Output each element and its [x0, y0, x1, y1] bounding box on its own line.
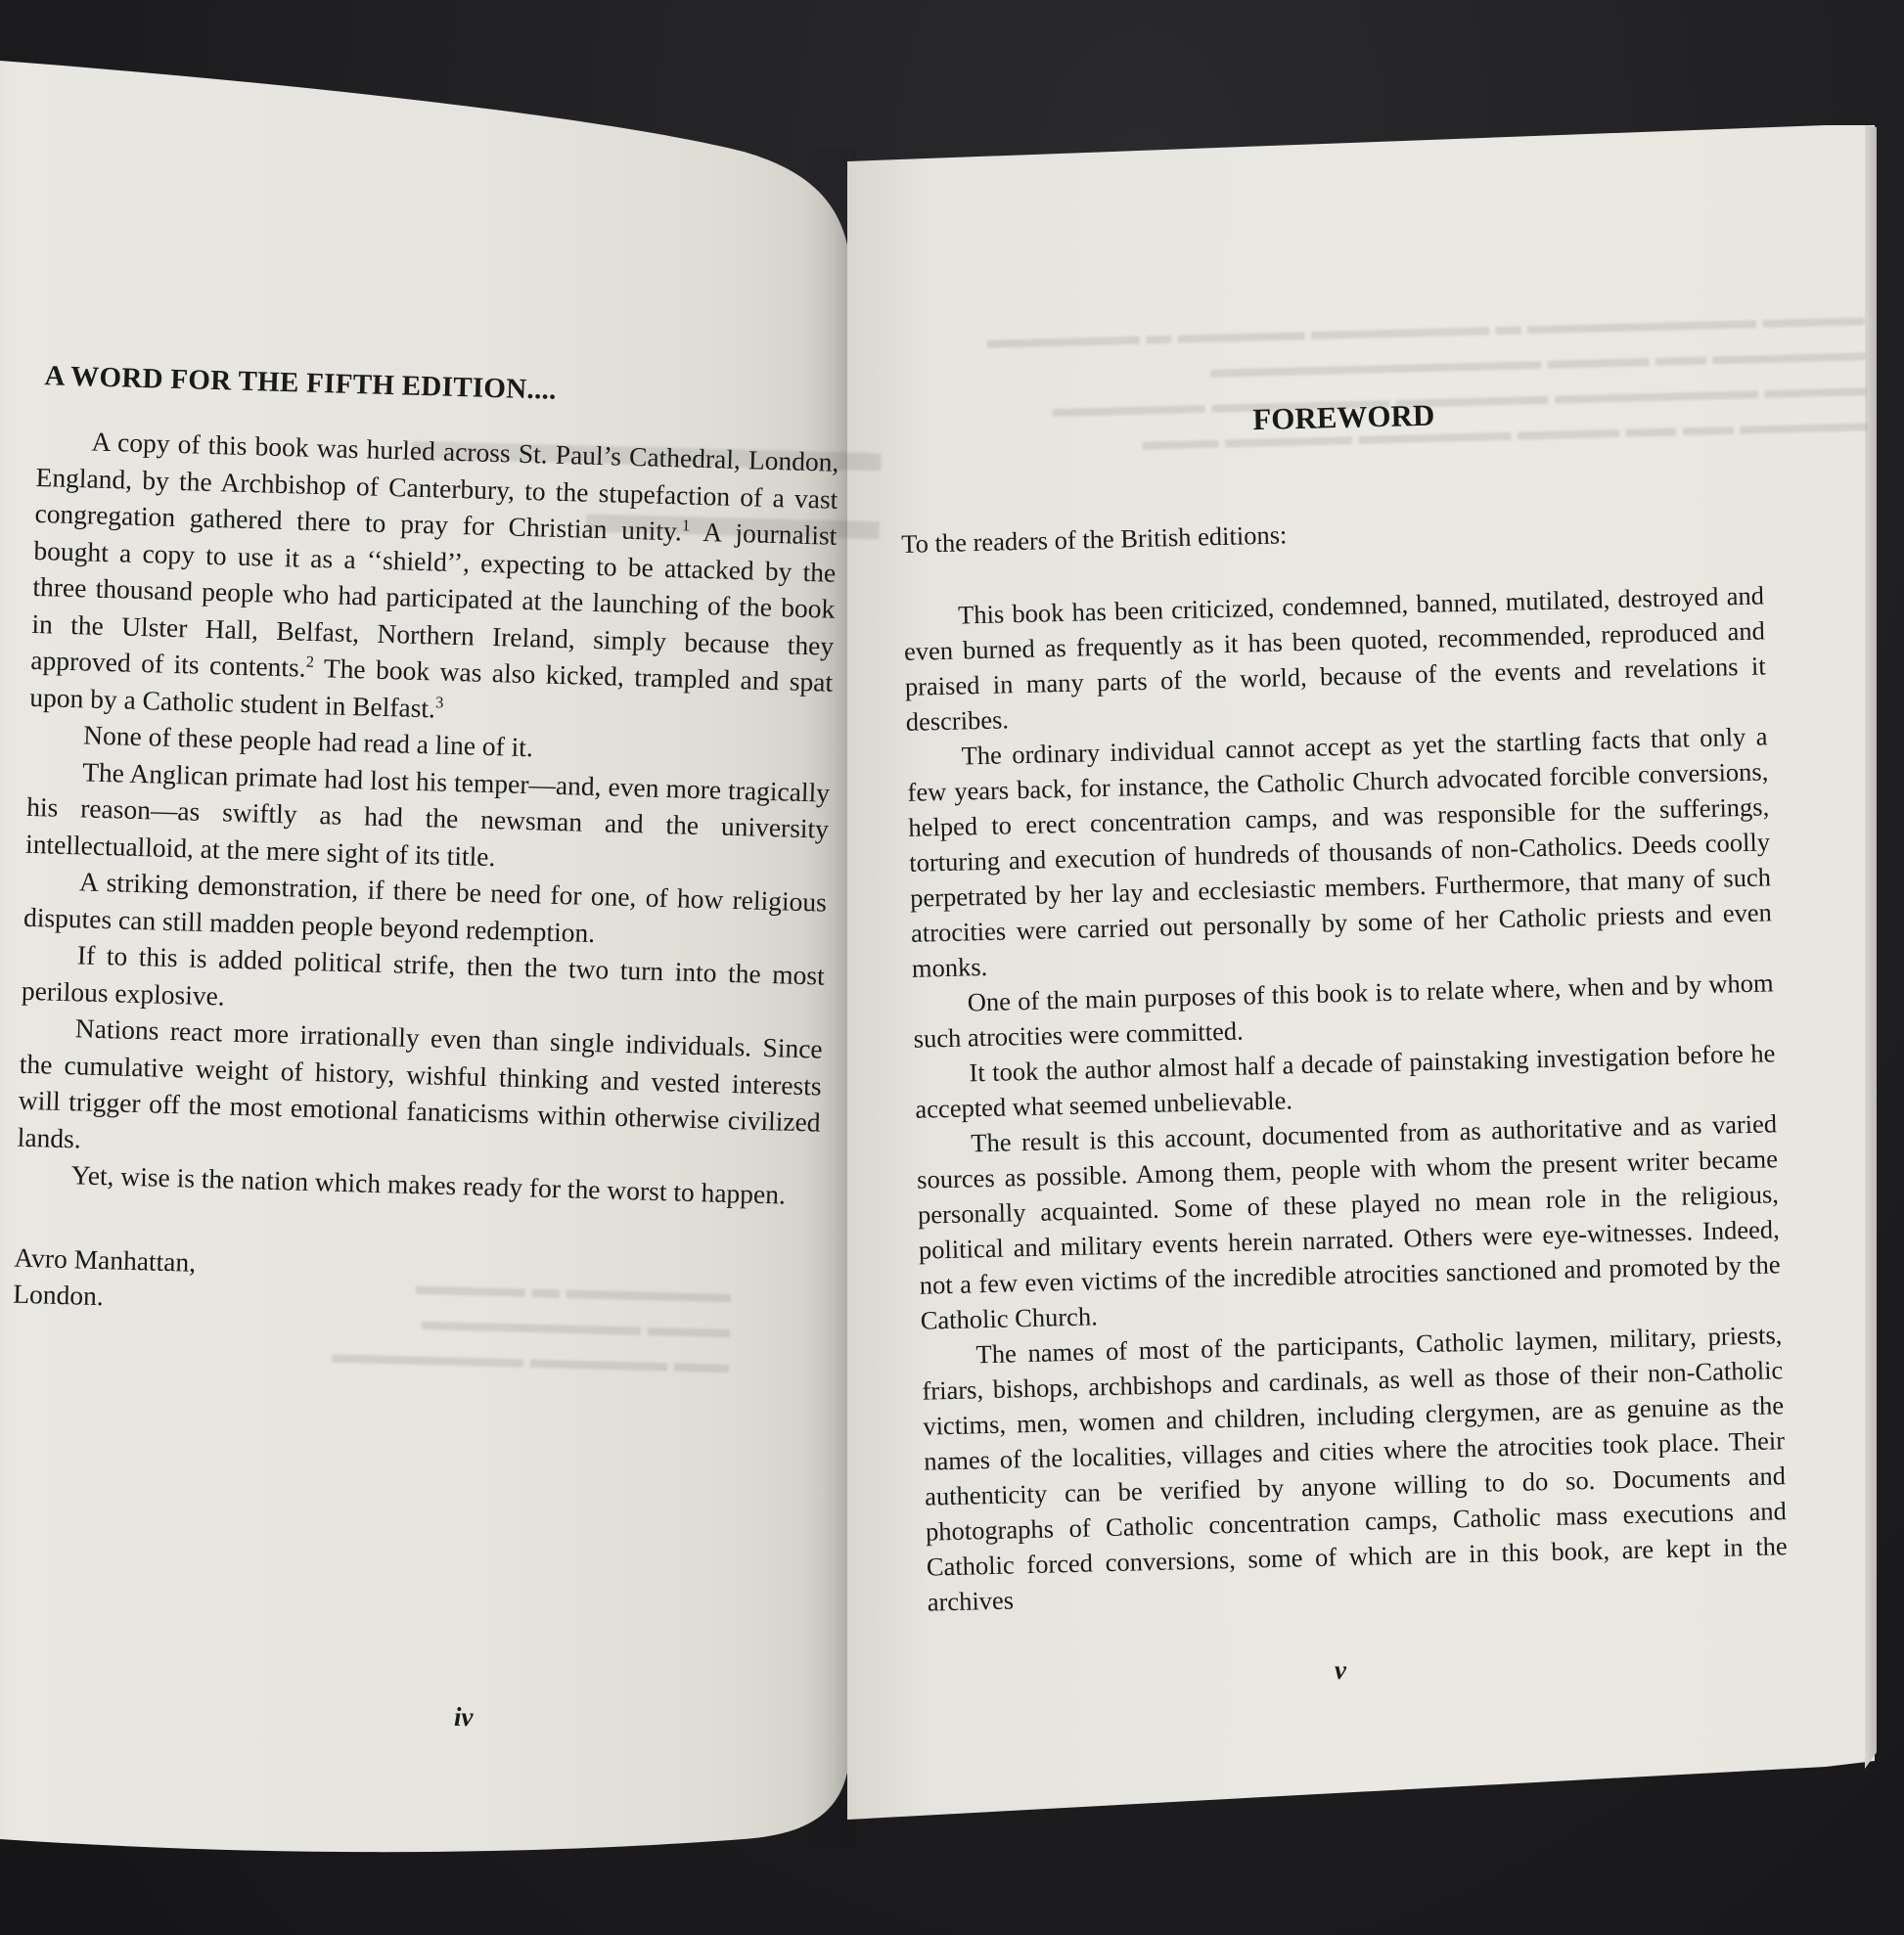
paragraph: The names of most of the participants, C… — [921, 1317, 1789, 1619]
salutation: To the readers of the British editions: — [901, 505, 1763, 561]
page-number-right: v — [1335, 1655, 1346, 1686]
right-page-text: FOREWORD To the readers of the British e… — [898, 389, 1789, 1619]
paragraph: This book has been criticized, condemned… — [903, 577, 1767, 739]
footnote-marker[interactable]: 3 — [435, 693, 444, 711]
paragraph: The ordinary individual cannot accept as… — [906, 718, 1773, 985]
page-number-left: iv — [454, 1702, 474, 1732]
paragraph: Nations react more irrationally even tha… — [17, 1009, 823, 1178]
paragraph: A copy of this book was hurled across St… — [29, 422, 839, 738]
left-page-text: A WORD FOR THE FIFTH EDITION.... A copy … — [13, 360, 841, 1334]
paragraph: The result is this account, documented f… — [916, 1105, 1782, 1337]
page-stack-edge — [1865, 125, 1877, 1769]
